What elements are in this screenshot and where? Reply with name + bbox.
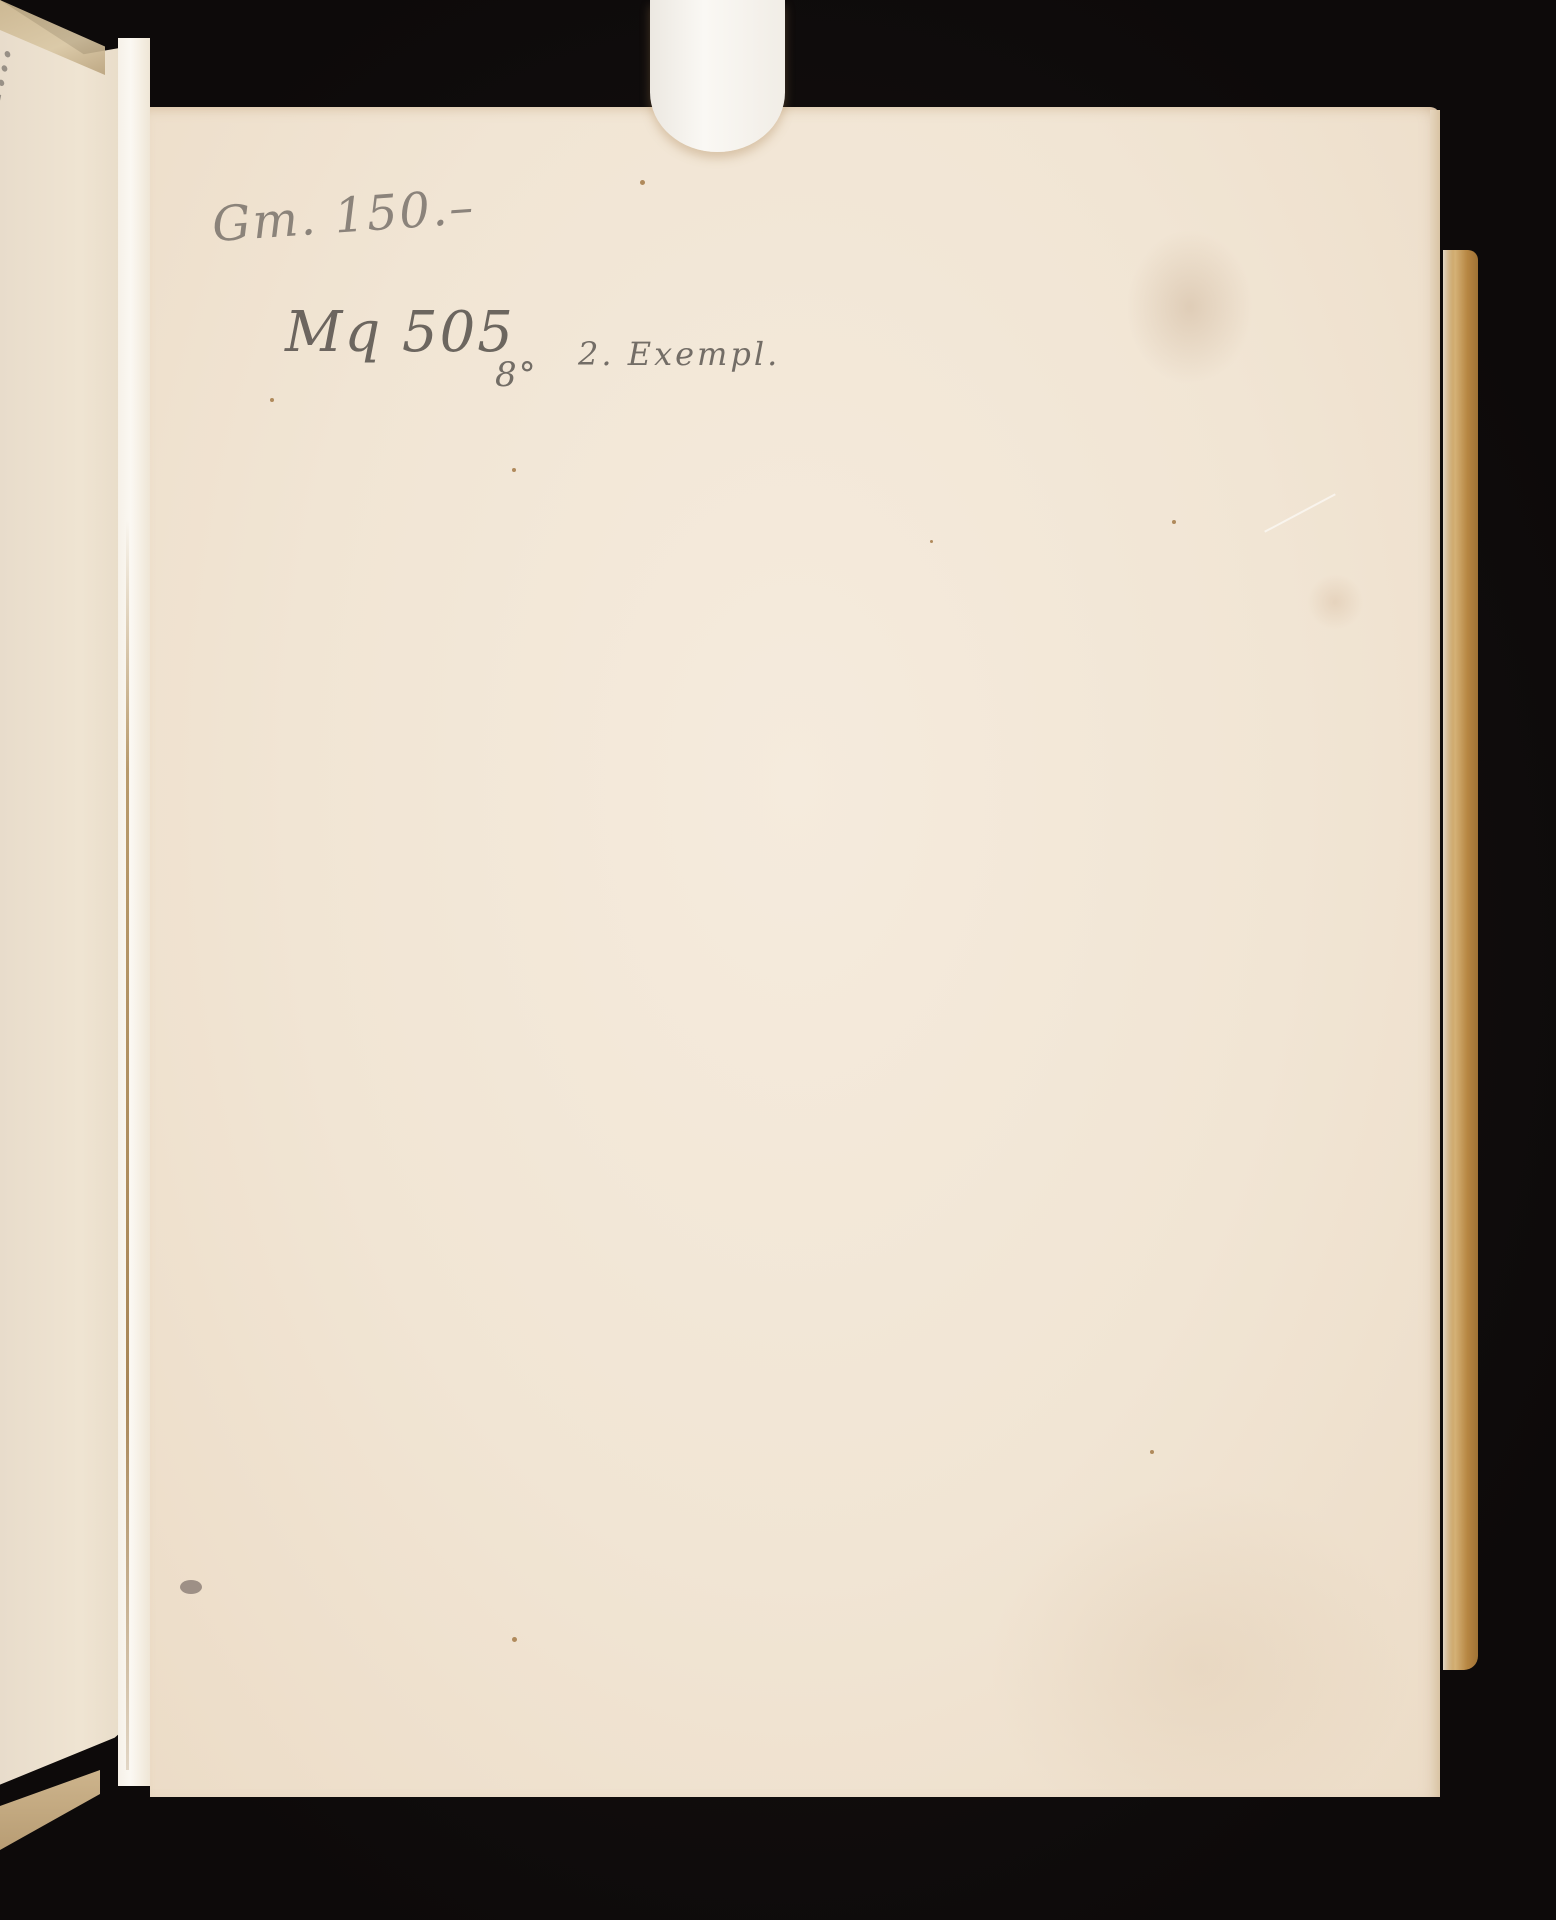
pencil-shelfmark: Mq 505 — [285, 300, 515, 365]
foxing-spot — [640, 180, 645, 185]
pencil-copy-note: 2. Exempl. — [578, 335, 780, 373]
foxing-spot — [512, 468, 516, 472]
foxing-spot — [270, 398, 274, 402]
gutter-fold-line — [126, 520, 129, 1770]
foxing-spot — [512, 1637, 517, 1642]
page-fore-edge — [1430, 110, 1440, 1795]
book-text-block-edge — [1443, 250, 1478, 1670]
foxing-spot — [1172, 520, 1176, 524]
cover-board-bottom-edge — [0, 1770, 100, 1850]
graphite-smudge — [180, 1580, 202, 1594]
book-photo-scene: Mq 97 ... l... Gm. 150.– Mq 505 8° 2. Ex… — [0, 0, 1556, 1920]
page-holder-clip — [650, 0, 785, 152]
paper-crease — [1264, 493, 1336, 532]
pencil-format-note: 8° — [495, 355, 538, 395]
foxing-spot — [1150, 1450, 1154, 1454]
foxing-spot — [930, 540, 933, 543]
gutter-hinge — [118, 38, 150, 1786]
